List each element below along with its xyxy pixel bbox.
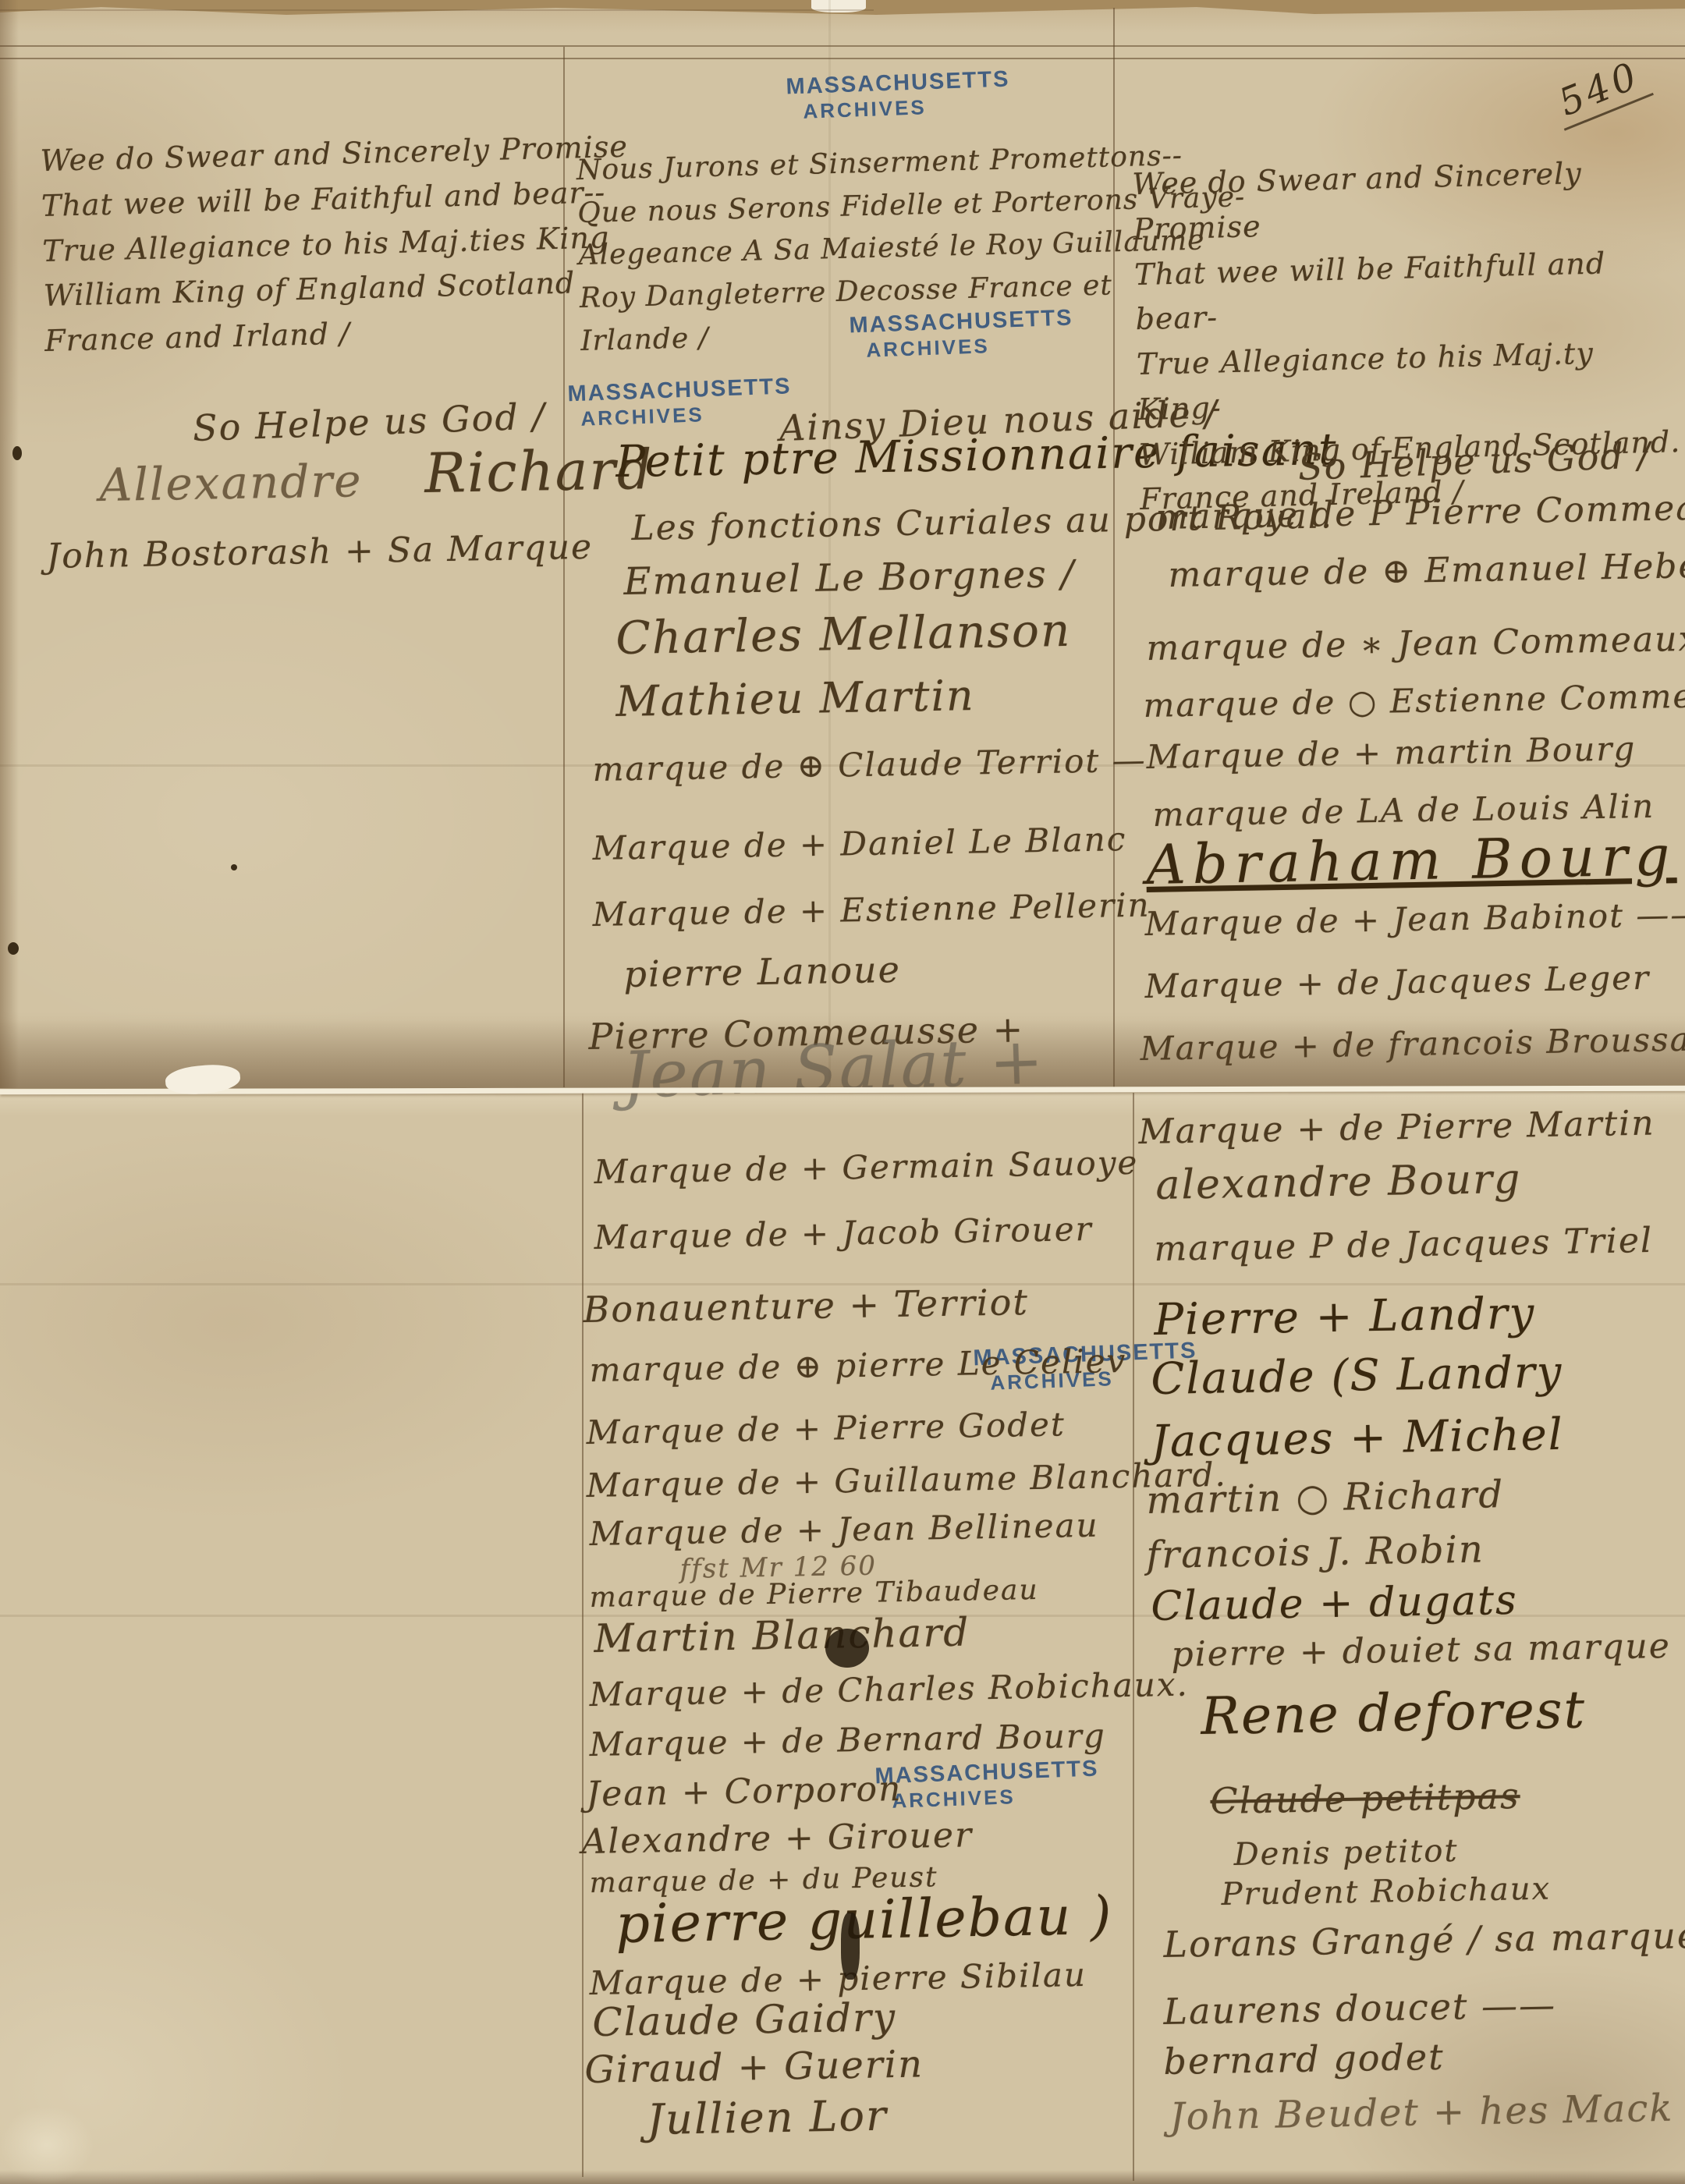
signature-line: francois J. Robin	[1146, 1527, 1485, 1577]
signature-line: bernard godet	[1163, 2036, 1445, 2083]
stamp-line2: ARCHIVES	[786, 95, 943, 125]
signature-line: John Bostorash + Sa Marque	[46, 527, 593, 576]
torn-left-edge	[0, 0, 19, 1088]
bottom-left-corner	[0, 2106, 94, 2184]
signature-line: Marque de + Jean Babinot ——	[1144, 895, 1685, 943]
manuscript-scan: 540 MASSACHUSETTS ARCHIVES MASSACHUSETTS…	[0, 0, 1685, 2184]
signature-line: pierre Lanoue	[623, 948, 901, 995]
signature-line: Denis petitot	[1233, 1833, 1459, 1873]
signature-line: Prudent Robichaux	[1221, 1871, 1551, 1913]
archives-stamp: MASSACHUSETTS ARCHIVES	[786, 69, 943, 125]
ink-speck	[8, 942, 19, 955]
signature-line: Pierre + Landry	[1154, 1288, 1536, 1345]
signature-line: Abraham Bourg	[1146, 824, 1677, 897]
signature-line: Marque de + Estienne Pellerin	[592, 886, 1151, 934]
signature-line: John Beudet + hes Mack	[1169, 2086, 1674, 2139]
signature-line: Marque + de Bernard Bourg	[589, 1716, 1106, 1764]
signature-line: Marque de + Pierre Godet	[586, 1405, 1066, 1452]
signature-line: marque de ⊕ Claude Terriot —	[592, 741, 1147, 789]
signature-line: Jean + Corporon	[586, 1769, 903, 1814]
signature-line: marque P de Jacques Triel	[1154, 1221, 1653, 1269]
signature-line: Marque de + martin Bourg	[1146, 729, 1636, 776]
oath-english-left: Wee do Swear and Sincerely Promise That …	[40, 125, 633, 364]
archives-stamp: MASSACHUSETTS ARCHIVES	[567, 377, 717, 432]
signature-line: Alexandre + Girouer	[581, 1815, 973, 1862]
fold-shadow	[0, 1020, 1685, 1089]
ink-blot	[841, 1913, 860, 1980]
top-rule-2	[0, 58, 1685, 59]
signature-line: Claude petitpas	[1210, 1774, 1520, 1822]
signature-line: Marque de + Jean Bellineau	[589, 1506, 1099, 1553]
ink-speck	[12, 446, 22, 460]
signature-line: alexandre Bourg	[1155, 1156, 1522, 1209]
signature-line: marque de Pierre Tibaudeau	[589, 1574, 1039, 1614]
signature-line: Allexandre	[99, 454, 363, 512]
signature-line: Rene deforest	[1201, 1679, 1587, 1746]
signature-line: Laurens doucet ——	[1163, 1984, 1556, 2033]
signature-line: Giraud + Guerin	[584, 2042, 924, 2092]
signature-line: pierre guillebau )	[615, 1885, 1114, 1955]
signature-line: Charles Mellanson	[615, 604, 1072, 665]
signature-line: Marque + de Pierre Martin	[1138, 1103, 1655, 1152]
top-rule-partial	[0, 9, 874, 11]
page-number: 540	[1547, 51, 1654, 130]
signature-line: Marque de + Daniel Le Blanc	[592, 820, 1127, 867]
stamp-line2: ARCHIVES	[568, 402, 717, 432]
signature-line: Claude (S Landry	[1151, 1347, 1563, 1405]
signature-line: Emanuel Le Borgnes /	[623, 552, 1076, 604]
column-divider-right-bottom	[1133, 1093, 1134, 2181]
column-divider-left-bottom	[582, 1093, 584, 2177]
signature-line: marque de ⊕ Emanuel Hebert	[1168, 545, 1685, 595]
signature-line: marque de ∗ Jean Commeaux.	[1146, 619, 1685, 668]
ink-speck	[231, 864, 237, 870]
signature-line: Claude + dugats	[1151, 1577, 1518, 1630]
ink-blot	[825, 1629, 869, 1668]
signature-line: martin ○ Richard	[1146, 1473, 1505, 1523]
signature-line: Jullien Lor	[647, 2091, 888, 2144]
signature-line: pierre + douiet sa marque	[1171, 1626, 1671, 1675]
signature-line: Martin Blanchard	[594, 1610, 970, 1661]
signature-line: Marque + de Jacques Leger	[1144, 959, 1650, 1005]
signature-line: marque de ○ Estienne Commequx	[1143, 675, 1685, 725]
signature-line: Claude Gaidry	[592, 1994, 897, 2045]
signature-line: Bonauenture + Terriot	[583, 1281, 1029, 1331]
signature-line: Mathieu Martin	[615, 671, 975, 726]
signature-line: Marque de + Jacob Girouer	[594, 1210, 1093, 1257]
signature-line: Marque + de Charles Robichaux.	[589, 1665, 1189, 1714]
signature-line: Jacques + Michel	[1151, 1409, 1564, 1467]
signature-line: Marque de + Guillaume Blanchard.	[586, 1455, 1227, 1505]
signature-line: Lorans Grangé / sa marque	[1163, 1914, 1685, 1966]
signature-line: Marque de + Germain Sauoye	[594, 1143, 1139, 1191]
top-rule-1	[0, 45, 1685, 47]
